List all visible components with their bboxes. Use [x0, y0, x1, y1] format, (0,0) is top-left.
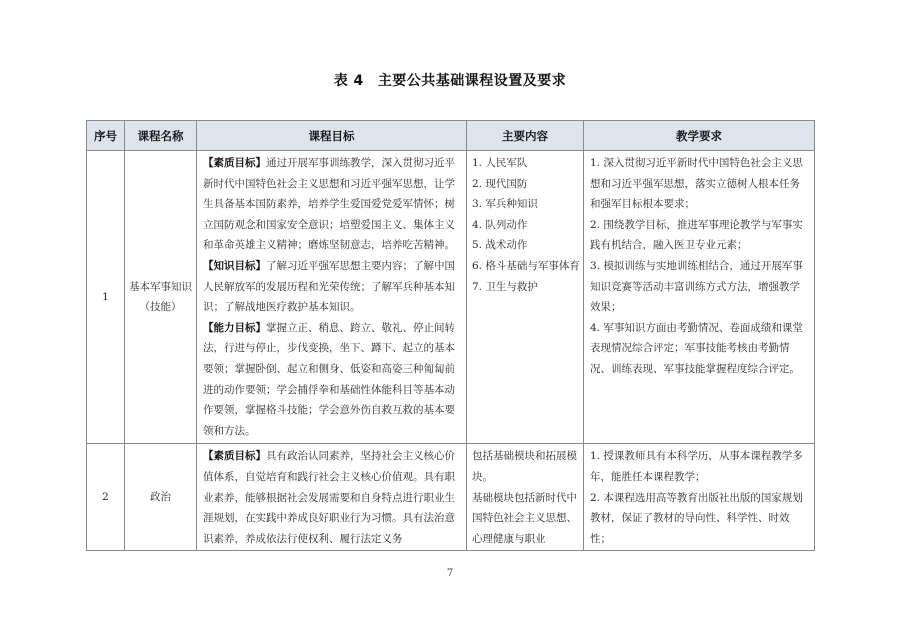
- course-table: 序号 课程名称 课程目标 主要内容 教学要求 1 基本军事知识（技能） 【素质目…: [86, 120, 815, 551]
- course-name: 基本军事知识（技能）: [125, 151, 197, 444]
- requirement-item: 4. 军事知识方面由考勤情况、卷面成绩和课堂表现情况综合评定；军事技能考核由考勤…: [590, 318, 808, 380]
- goal-ability: 【能力目标】掌握立正、稍息、跨立、敬礼、停止间转法，行进与停止，步伐变换，坐下、…: [203, 318, 460, 442]
- table-row: 1 基本军事知识（技能） 【素质目标】通过开展军事训练教学，深入贯彻习近平新时代…: [87, 151, 815, 444]
- content-item: 1. 人民军队: [472, 153, 580, 174]
- header-index: 序号: [87, 121, 125, 151]
- content-item: 5. 战术动作: [472, 235, 580, 256]
- main-content: 1. 人民军队 2. 现代国防 3. 军兵种知识 4. 队列动作 5. 战术动作…: [467, 151, 584, 444]
- table-title: 表 4主要公共基础课程设置及要求: [0, 70, 900, 90]
- table-caption: 主要公共基础课程设置及要求: [378, 73, 567, 89]
- header-course-goals: 课程目标: [197, 121, 467, 151]
- row-index: 1: [87, 151, 125, 444]
- content-item: 2. 现代国防: [472, 174, 580, 195]
- requirement-item: 3. 模拟训练与实地训练相结合，通过开展军事知识竞赛等活动丰富训练方式方法，增强…: [590, 256, 808, 318]
- requirement-item: 2. 本课程选用高等教育出版社出版的国家规划教材，保证了教材的导向性、科学性、时…: [590, 488, 808, 549]
- goal-knowledge: 【知识目标】了解习近平强军思想主要内容；了解中国人民解放军的发展历程和光荣传统；…: [203, 256, 460, 318]
- header-main-content: 主要内容: [467, 121, 584, 151]
- content-item: 6. 格斗基础与军事体育: [472, 256, 580, 277]
- table-header-row: 序号 课程名称 课程目标 主要内容 教学要求: [87, 121, 815, 151]
- main-content: 包括基础模块和拓展模块。 基础模块包括新时代中国特色社会主义思想、心理健康与职业: [467, 444, 584, 551]
- course-goals: 【素质目标】通过开展军事训练教学，深入贯彻习近平新时代中国特色社会主义思想和习近…: [197, 151, 467, 444]
- content-item: 包括基础模块和拓展模块。: [472, 446, 580, 487]
- row-index: 2: [87, 444, 125, 551]
- content-item: 4. 队列动作: [472, 215, 580, 236]
- teaching-requirements: 1. 授课教师具有本科学历，从事本课程教学多年，能胜任本课程教学； 2. 本课程…: [584, 444, 815, 551]
- goal-quality: 【素质目标】具有政治认同素养，坚持社会主义核心价值体系，自觉培育和践行社会主义核…: [203, 446, 460, 548]
- requirement-item: 1. 授课教师具有本科学历，从事本课程教学多年，能胜任本课程教学；: [590, 446, 808, 487]
- header-teaching-requirements: 教学要求: [584, 121, 815, 151]
- course-name: 政治: [125, 444, 197, 551]
- requirement-item: 2. 围绕教学目标，推进军事理论教学与军事实践有机结合，融入医卫专业元素；: [590, 215, 808, 256]
- header-course-name: 课程名称: [125, 121, 197, 151]
- table-number: 表 4: [334, 73, 364, 89]
- content-item: 基础模块包括新时代中国特色社会主义思想、心理健康与职业: [472, 488, 580, 549]
- goal-quality: 【素质目标】通过开展军事训练教学，深入贯彻习近平新时代中国特色社会主义思想和习近…: [203, 153, 460, 256]
- content-item: 7. 卫生与救护: [472, 277, 580, 298]
- page-number: 7: [0, 568, 900, 579]
- course-goals: 【素质目标】具有政治认同素养，坚持社会主义核心价值体系，自觉培育和践行社会主义核…: [197, 444, 467, 551]
- content-item: 3. 军兵种知识: [472, 194, 580, 215]
- requirement-item: 1. 深入贯彻习近平新时代中国特色社会主义思想和习近平强军思想，落实立德树人根本…: [590, 153, 808, 215]
- table-row: 2 政治 【素质目标】具有政治认同素养，坚持社会主义核心价值体系，自觉培育和践行…: [87, 444, 815, 551]
- teaching-requirements: 1. 深入贯彻习近平新时代中国特色社会主义思想和习近平强军思想，落实立德树人根本…: [584, 151, 815, 444]
